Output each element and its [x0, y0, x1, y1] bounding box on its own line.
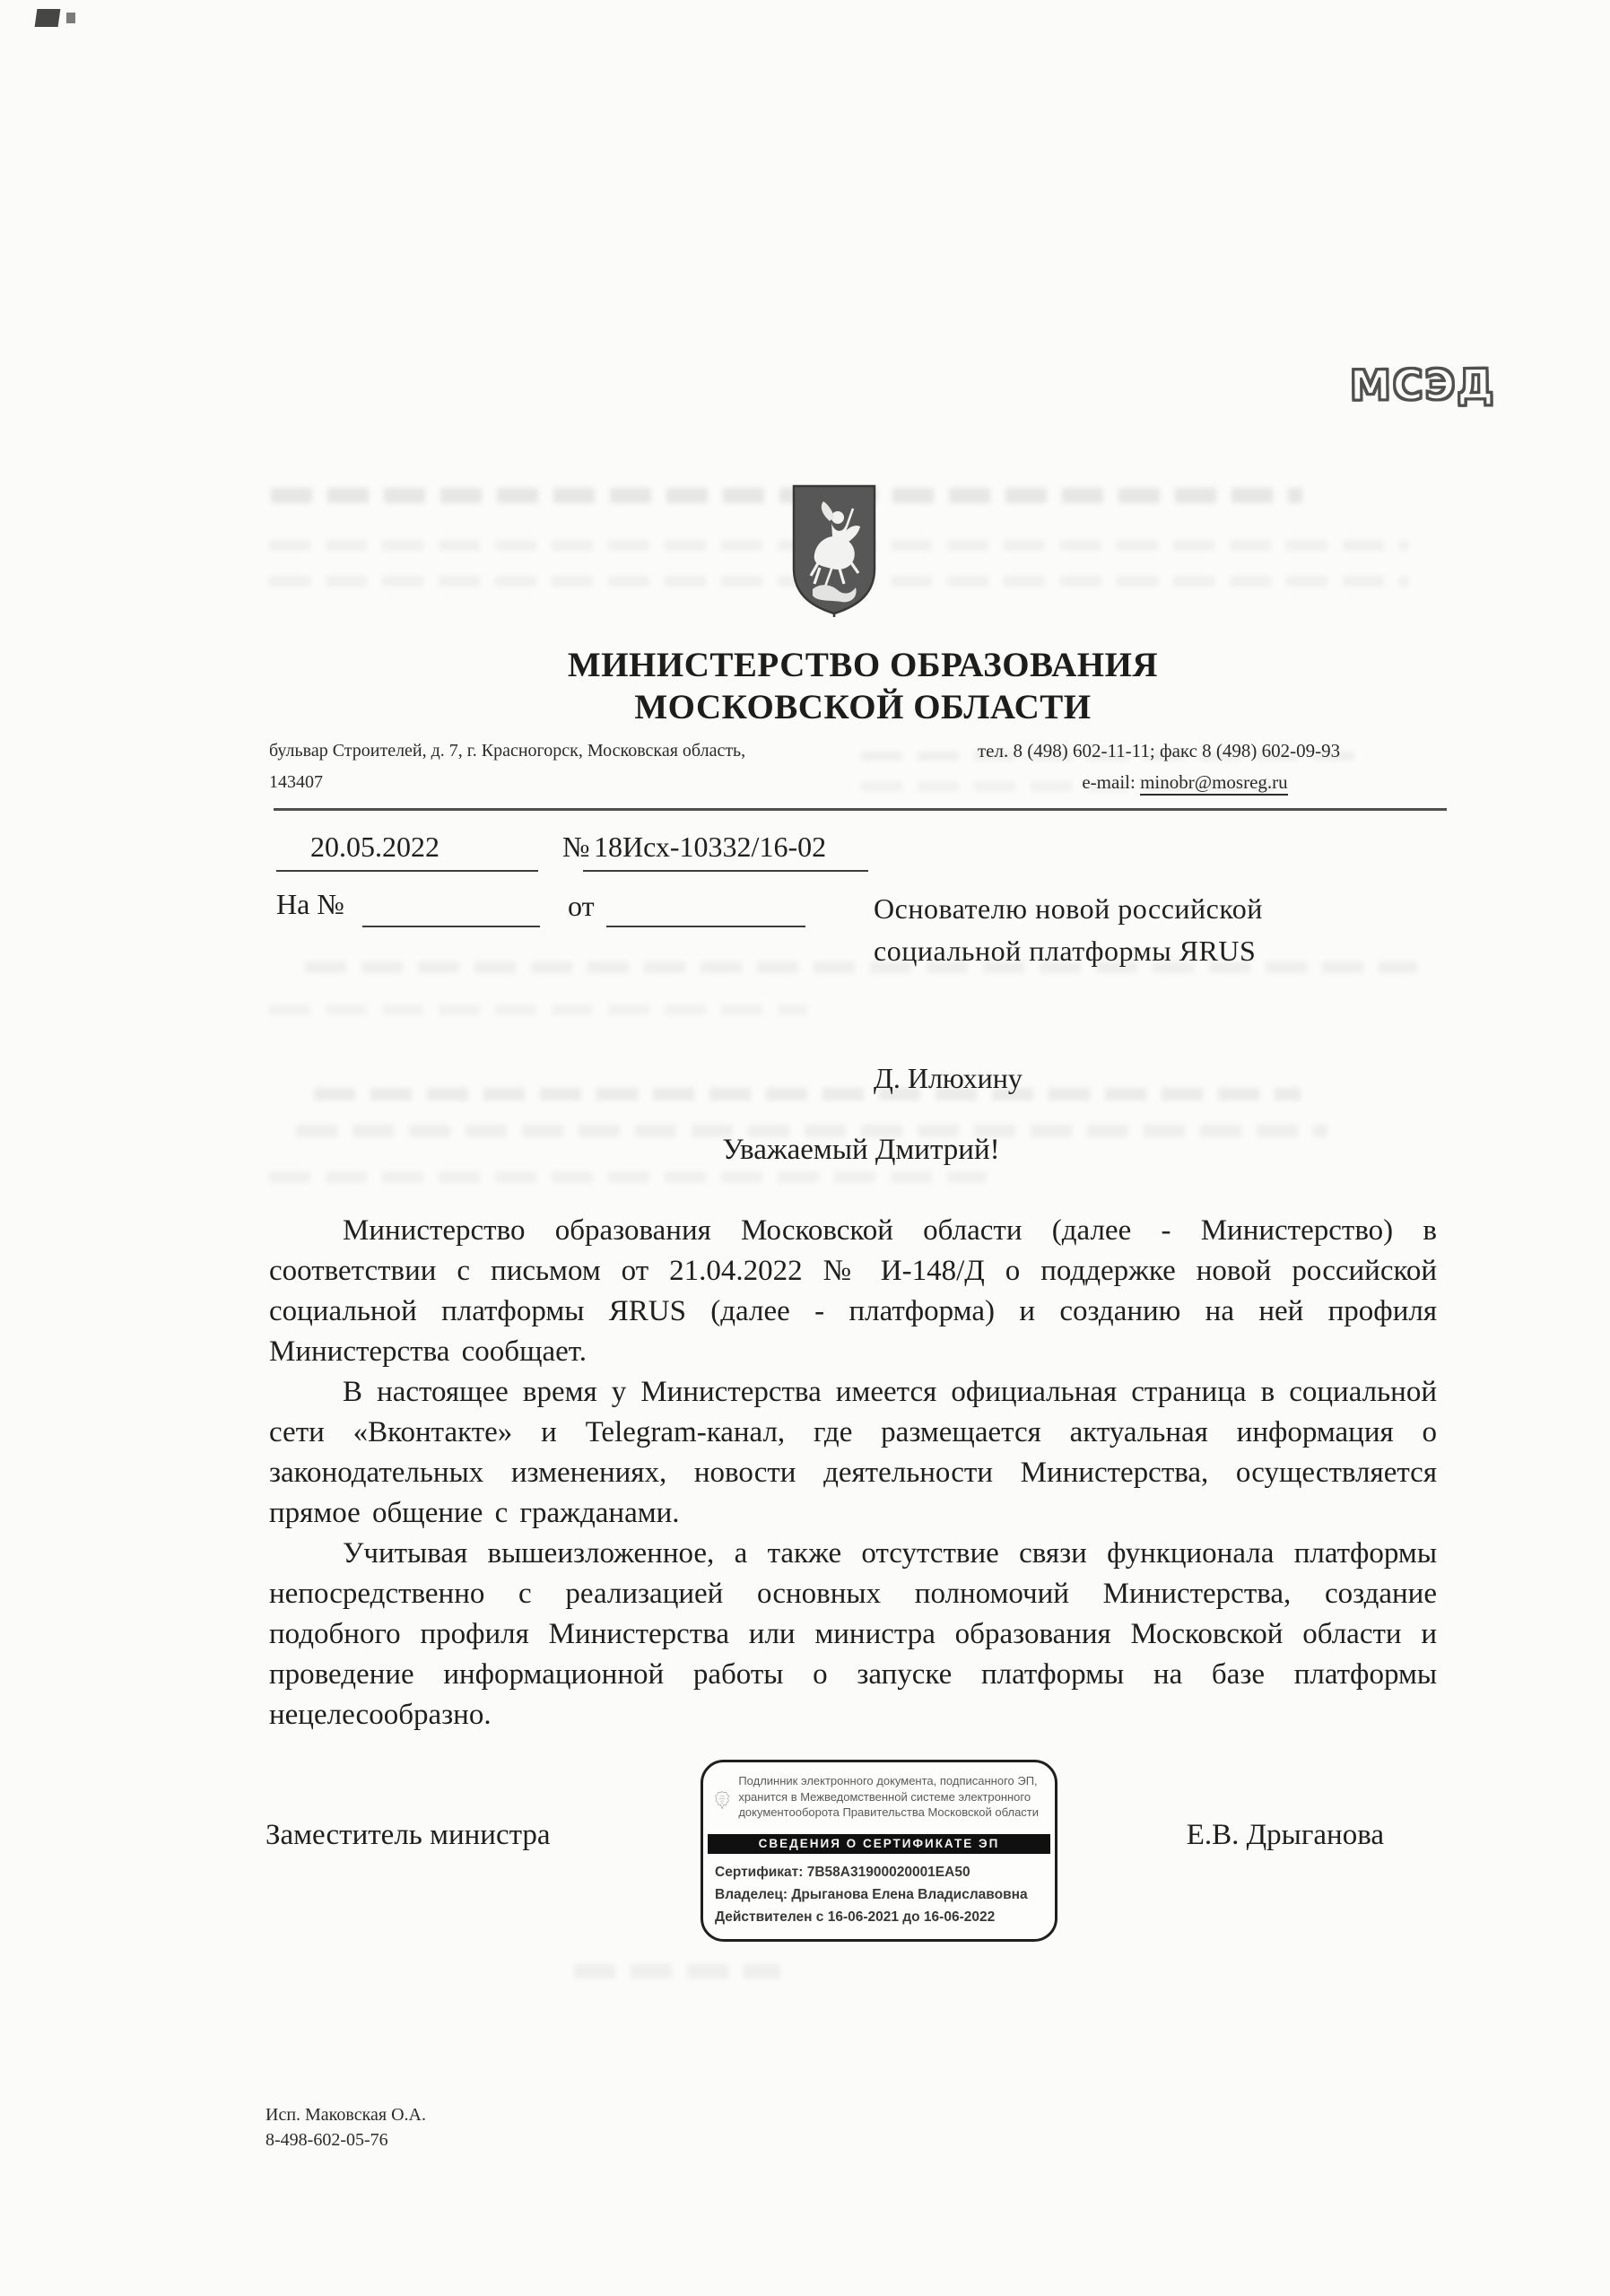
scan-artifact — [574, 1964, 780, 1979]
body-paragraph-1: Министерство образования Московской обла… — [269, 1211, 1437, 1372]
electronic-signature-stamp: Подлинник электронного документа, подпис… — [701, 1760, 1057, 1942]
letter-date: 20.05.2022 — [310, 831, 439, 864]
org-email-line: e-mail: minobr@mosreg.ru — [978, 767, 1446, 798]
letter-number-sign: № — [562, 831, 590, 864]
certificate-value: 7B58A31900020001EA50 — [807, 1865, 970, 1880]
scan-artifact — [35, 9, 61, 27]
org-address-postcode: 143407 — [269, 767, 843, 798]
scan-artifact — [314, 1088, 1301, 1100]
msed-outline-stamp: МСЭД — [1350, 360, 1496, 409]
body-paragraph-2: В настоящее время у Министерства имеется… — [269, 1372, 1437, 1534]
org-address: бульвар Строителей, д. 7, г. Красногорск… — [269, 735, 843, 798]
signer-position: Заместитель министра — [265, 1819, 551, 1852]
stamp-details: Сертификат: 7B58A31900020001EA50 Владеле… — [703, 1854, 1055, 1939]
executor-block: Исп. Маковская О.А. 8-498-602-05-76 — [265, 2102, 426, 2152]
scan-artifact — [269, 1004, 807, 1015]
recipient-line1: Основателю новой российской — [874, 888, 1263, 930]
recipient-name: Д. Илюхину — [874, 1062, 1023, 1095]
stamp-owner-line: Владелец: Дрыганова Елена Владиславовна — [715, 1883, 1044, 1906]
org-phone-fax: тел. 8 (498) 602-11-11; факс 8 (498) 602… — [978, 735, 1446, 767]
executor-name: Исп. Маковская О.А. — [265, 2102, 426, 2127]
owner-label: Владелец: — [715, 1887, 788, 1902]
header-divider-rule — [274, 808, 1447, 811]
stamp-notice-text: Подлинник электронного документа, подпис… — [738, 1773, 1044, 1821]
scan-artifact — [271, 488, 1302, 503]
org-title-line1: МИНИСТЕРСТВО ОБРАЗОВАНИЯ — [280, 644, 1446, 686]
email-label: e-mail: — [1082, 771, 1135, 793]
stamp-validity-line: Действителен с 16-06-2021 до 16-06-2022 — [715, 1906, 1044, 1928]
email-address: minobr@mosreg.ru — [1140, 771, 1288, 796]
org-contacts: тел. 8 (498) 602-11-11; факс 8 (498) 602… — [978, 735, 1446, 798]
date-underline — [276, 870, 538, 872]
body-paragraph-3: Учитывая вышеизложенное, а также отсутст… — [269, 1534, 1437, 1735]
certificate-label: Сертификат: — [715, 1865, 803, 1880]
signer-name: Е.В. Дрыганова — [1187, 1819, 1384, 1852]
scan-artifact — [66, 13, 75, 23]
owner-value: Дрыганова Елена Владиславовна — [791, 1887, 1027, 1902]
stamp-coat-of-arms-icon — [715, 1773, 729, 1827]
letter-body: Министерство образования Московской обла… — [269, 1211, 1437, 1735]
reply-date-blank-underline — [606, 926, 805, 927]
stamp-header: Подлинник электронного документа, подпис… — [703, 1762, 1055, 1834]
salutation: Уважаемый Дмитрий! — [278, 1134, 1444, 1167]
org-address-line1: бульвар Строителей, д. 7, г. Красногорск… — [269, 735, 843, 767]
number-underline — [583, 870, 868, 872]
letter-number: 18Исх-10332/16-02 — [594, 831, 826, 864]
stamp-certificate-line: Сертификат: 7B58A31900020001EA50 — [715, 1861, 1044, 1883]
scanned-letter-page: МСЭД МИНИСТЕРСТВО ОБРАЗОВАНИЯ МОСКОВСКОЙ… — [0, 0, 1610, 2296]
from-label: от — [568, 890, 595, 923]
reply-to-label: На № — [276, 888, 344, 921]
recipient-block: Основателю новой российской социальной п… — [874, 888, 1263, 972]
coat-of-arms-moscow-oblast — [788, 483, 881, 619]
recipient-line2: социальной платформы ЯRUS — [874, 930, 1263, 972]
scan-artifact — [269, 1171, 987, 1183]
org-title: МИНИСТЕРСТВО ОБРАЗОВАНИЯ МОСКОВСКОЙ ОБЛА… — [280, 644, 1446, 728]
org-title-line2: МОСКОВСКОЙ ОБЛАСТИ — [280, 686, 1446, 728]
reply-number-blank-underline — [362, 926, 540, 927]
executor-phone: 8-498-602-05-76 — [265, 2127, 426, 2152]
stamp-bar-title: СВЕДЕНИЯ О СЕРТИФИКАТЕ ЭП — [708, 1834, 1050, 1854]
